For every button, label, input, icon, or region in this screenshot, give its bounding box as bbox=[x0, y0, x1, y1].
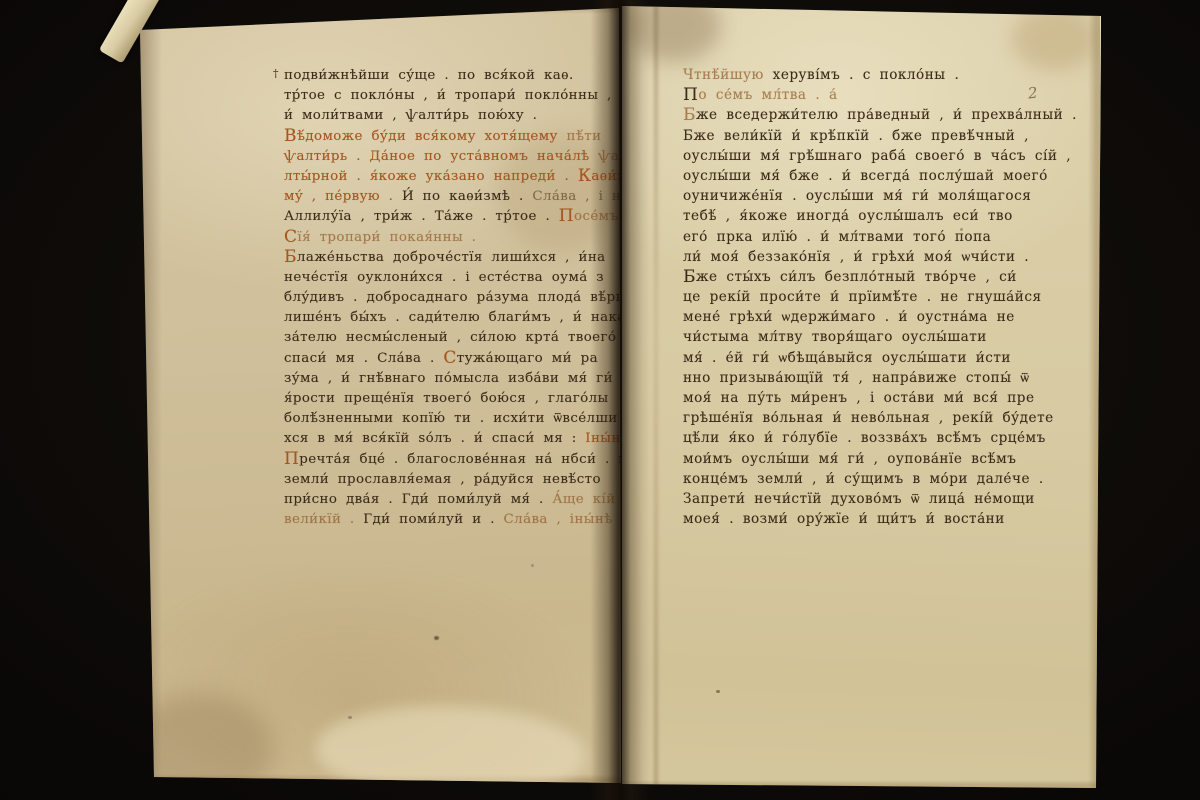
text-line: я́рости преще́нїя твоего́ бою́ся , глаго… bbox=[284, 389, 654, 409]
left-page-text: подви́жнѣйши су́ще . по вся́кой каѳ.тр́т… bbox=[284, 66, 654, 530]
text-line: блу́дивъ . добросаднаго ра́зума плода́ в… bbox=[284, 288, 654, 308]
stain bbox=[116, 544, 636, 794]
ink-speck bbox=[716, 690, 720, 693]
text-line: мя́ . е́й ги́ ѡбѣща́выйся оуслы́шати и́с… bbox=[683, 348, 1077, 368]
text-line: конце́мъ земли́ , и́ су́щимъ в мо́ри дал… bbox=[683, 469, 1077, 489]
text-line: Запрети́ нечи́стїй духово́мъ ѿ лица́ не́… bbox=[683, 489, 1077, 509]
text-line: Блаже́ньства доброче́стїя лиши́хся , и́н… bbox=[284, 248, 654, 268]
page-crease bbox=[654, 2, 658, 792]
manuscript-photo: † подви́жнѣйши су́ще . по вся́кой каѳ.тр… bbox=[0, 0, 1200, 800]
text-line: оуслы́ши мя́ грѣ́шнаго раба́ своего́ в ч… bbox=[683, 146, 1077, 166]
text-line: и́ моли́твами , ѱалти́рь пою́ху . bbox=[284, 106, 654, 126]
text-line: мене́ грѣхи́ ѡдержи́маго . и́ оустна́ма … bbox=[683, 307, 1077, 327]
ink-speck bbox=[531, 564, 534, 567]
text-line: оуничиже́нїя . оуслы́ши мя́ ги́ моля́щаг… bbox=[683, 186, 1077, 206]
stain bbox=[316, 706, 586, 796]
text-line: Чтнѣ́йшую херуві́мъ . с покло́ны . bbox=[683, 65, 1077, 85]
text-line: Аллилу́їа , три́ж . Та́же . тр́тое . Пос… bbox=[284, 207, 654, 227]
text-line: Сїя́ тропари́ покая́нны . bbox=[284, 228, 654, 248]
text-line: спаси́ мя . Сла́ва . Стужа́ющаго ми́ ра bbox=[284, 349, 654, 369]
text-line: це рекі́й проси́те и́ прїимѣ́те . не гну… bbox=[683, 287, 1077, 307]
text-line: чи́стыма мл́тву творя́щаго оуслы́шати bbox=[683, 327, 1077, 347]
text-line: Бже сты́хъ си́лъ безпло́тный тво́рче , с… bbox=[683, 267, 1077, 287]
text-line: грѣше́нїя во́льная и́ нево́льная , рекі́… bbox=[683, 408, 1077, 428]
text-line: тр́тое с покло́ны , и́ тропари́ покло́нн… bbox=[284, 86, 654, 106]
text-line: болѣ́зненными копїю́ ти . исхи́ти ѿвсе́л… bbox=[284, 409, 654, 429]
text-line: моя́ на пу́ть ми́ренъ , і оста́ви ми́ вс… bbox=[683, 388, 1077, 408]
text-line: за́телю несмы́сленый , си́лою крта́ твое… bbox=[284, 328, 654, 348]
right-page-text: Чтнѣ́йшую херуві́мъ . с покло́ны .По се́… bbox=[683, 65, 1077, 529]
stain bbox=[124, 694, 274, 800]
text-line: нно призыва́ющїй тя́ , напра́виже стопы́… bbox=[683, 368, 1077, 388]
text-line: ли́ моя́ беззако́нїя , и́ грѣхи́ моя́ ѡч… bbox=[683, 247, 1077, 267]
text-line: му́ , пе́рвую . И́ по каѳи́змѣ . Сла́ва … bbox=[284, 187, 654, 207]
text-line: моея́ . возми́ ору́жїе и́ щи́тъ и́ воста… bbox=[683, 509, 1077, 529]
left-page: † подви́жнѣйши су́ще . по вся́кой каѳ.тр… bbox=[136, 4, 622, 788]
text-line: зу́ма , и́ гнѣ́внаго по́мысла изба́ви мя… bbox=[284, 369, 654, 389]
text-line: По се́мъ мл́тва . а́ bbox=[683, 85, 1077, 105]
text-line: Вѣ́доможе бу́ди вся́кому хотя́щему пѣ́ти bbox=[284, 127, 654, 147]
ink-speck bbox=[434, 636, 439, 640]
text-line: лты́рной . я́коже ука́зано напреди́ . Ка… bbox=[284, 167, 654, 187]
text-line: Бже вседержи́телю пра́ведный , и́ прехва… bbox=[683, 105, 1077, 125]
text-line: при́сно два́я . Гди́ поми́луй мя́ . А́ще… bbox=[284, 490, 654, 510]
margin-cross-mark: † bbox=[273, 67, 279, 80]
text-line: тебѣ́ , я́коже иногда́ оуслы́шалъ еси́ т… bbox=[683, 206, 1077, 226]
text-line: нече́стїя оуклони́хся . і есте́ства оума… bbox=[284, 268, 654, 288]
text-line: лише́нъ бы́хъ . сади́телю благи́мъ , и́ … bbox=[284, 308, 654, 328]
stain bbox=[626, 0, 721, 62]
text-line: Бже вели́кїй и́ крѣ́пкїй . бже превѣ́чны… bbox=[683, 126, 1077, 146]
text-line: его́ прка илїю́ . и́ мл́твами того́ попа bbox=[683, 227, 1077, 247]
text-line: хся в мя́ вся́кїй ѕо́лъ . и́ спаси́ мя :… bbox=[284, 429, 654, 449]
text-line: подви́жнѣйши су́ще . по вся́кой каѳ. bbox=[284, 66, 654, 86]
text-line: Пречта́я бце́ . благослове́нная на́ нбси… bbox=[284, 450, 654, 470]
text-line: ѱалти́рь . Да́ное по уста́вномъ нача́лѣ … bbox=[284, 147, 654, 167]
text-line: вели́кїй . Гди́ поми́луй и . Сла́ва , ін… bbox=[284, 510, 654, 530]
right-page: 2 Чтнѣ́йшую херуві́мъ . с покло́ны .По с… bbox=[620, 2, 1106, 792]
text-line: цѣ́ли я́ко и́ го́лубїе . воззва́хъ всѣ́м… bbox=[683, 428, 1077, 448]
text-line: мои́мъ оуслы́ши мя́ ги́ , оупова́нїе всѣ… bbox=[683, 449, 1077, 469]
ink-speck bbox=[348, 716, 352, 719]
text-line: земли́ прославля́емая , ра́дуйся невѣ́ст… bbox=[284, 470, 654, 490]
stain bbox=[1012, 8, 1097, 70]
text-line: оуслы́ши мя́ бже . и́ всегда́ послу́шай … bbox=[683, 166, 1077, 186]
